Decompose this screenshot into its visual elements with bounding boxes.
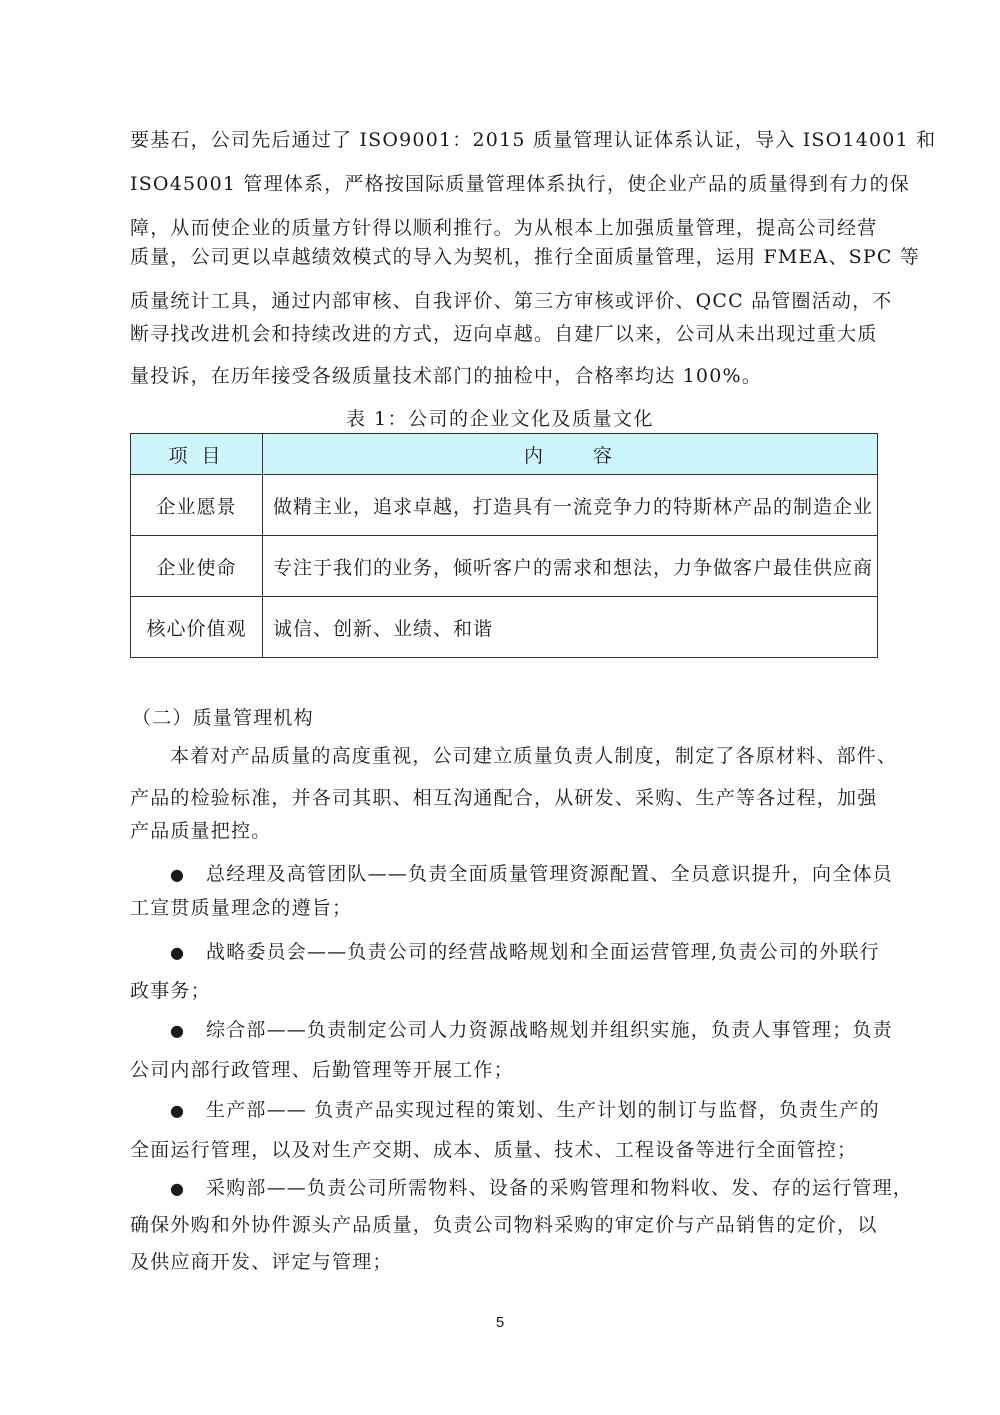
paragraph-line: 断寻找改进机会和持续改进的方式，迈向卓越。自建厂以来，公司从未出现过重大质 [130,322,878,346]
paragraph-line: 质量，公司更以卓越绩效模式的导入为契机，推行全面质量管理，运用 FMEA、SPC… [130,245,878,269]
list-item-text: 总经理及高管团队——负责全面质量管理资源配置、全员意识提升，向全体员 [206,863,893,885]
row-content: 专注于我们的业务，倾听客户的需求和想法，力争做客户最佳供应商 [263,536,878,597]
paragraph-line: 产品的检验标准，并各司其职、相互沟通配合，从研发、采购、生产等各过程，加强 [130,786,878,810]
list-item-continuation: 及供应商开发、评定与管理； [130,1250,878,1274]
list-item-text: 战略委员会——负责公司的经营战略规划和全面运营管理,负责公司的外联行 [206,941,880,963]
list-item: ●综合部——负责制定公司人力资源战略规划并组织实施，负责人事管理；负责 [170,1018,918,1043]
list-item-continuation: 全面运行管理，以及对生产交期、成本、质量、技术、工程设备等进行全面管控； [130,1138,878,1162]
table-row: 核心价值观 诚信、创新、业绩、和谐 [131,597,878,658]
list-item-continuation: 确保外购和外协件源头产品质量，负责公司物料采购的审定价与产品销售的定价，以 [130,1213,878,1237]
list-item: ●生产部—— 负责产品实现过程的策划、生产计划的制订与监督，负责生产的 [170,1098,918,1123]
paragraph-line: ISO45001 管理体系，严格按国际质量管理体系执行，使企业产品的质量得到有力… [130,172,878,196]
document-page: 要基石，公司先后通过了 ISO9001：2015 质量管理认证体系认证，导入 I… [0,0,1000,1415]
row-content: 做精主业，追求卓越，打造具有一流竞争力的特斯林产品的制造企业 [263,475,878,536]
paragraph-line: 质量统计工具，通过内部审核、自我评价、第三方审核或评价、QCC 品管圈活动，不 [130,289,878,313]
list-item-text: 生产部—— 负责产品实现过程的策划、生产计划的制订与监督，负责生产的 [206,1099,880,1121]
row-content: 诚信、创新、业绩、和谐 [263,597,878,658]
bullet-dot-icon: ● [170,863,206,887]
paragraph-line: 障，从而使企业的质量方针得以顺利推行。为从根本上加强质量管理，提高公司经营 [130,216,878,240]
bullet-dot-icon: ● [170,1099,206,1123]
list-item-text: 采购部——负责公司所需物料、设备的采购管理和物料收、发、存的运行管理， [206,1177,913,1199]
table-header-row: 项 目 内 容 [131,434,878,475]
bullet-dot-icon: ● [170,1019,206,1043]
list-item: ●总经理及高管团队——负责全面质量管理资源配置、全员意识提升，向全体员 [170,862,918,887]
paragraph-line: 本着对产品质量的高度重视，公司建立质量负责人制度，制定了各原材料、部件、 [170,744,918,768]
table-caption: 表 1：公司的企业文化及质量文化 [0,404,1000,431]
paragraph-line: 产品质量把控。 [130,819,878,843]
section-heading: （二）质量管理机构 [132,706,880,730]
paragraph-line: 要基石，公司先后通过了 ISO9001：2015 质量管理认证体系认证，导入 I… [130,128,878,152]
row-item: 企业愿景 [131,475,263,536]
row-item: 企业使命 [131,536,263,597]
culture-table: 项 目 内 容 企业愿景 做精主业，追求卓越，打造具有一流竞争力的特斯林产品的制… [130,433,878,658]
list-item: ●采购部——负责公司所需物料、设备的采购管理和物料收、发、存的运行管理， [170,1176,918,1201]
table-row: 企业愿景 做精主业，追求卓越，打造具有一流竞争力的特斯林产品的制造企业 [131,475,878,536]
list-item: ●战略委员会——负责公司的经营战略规划和全面运营管理,负责公司的外联行 [170,940,918,965]
list-item-continuation: 公司内部行政管理、后勤管理等开展工作； [130,1058,878,1082]
bullet-dot-icon: ● [170,1177,206,1201]
list-item-text: 综合部——负责制定公司人力资源战略规划并组织实施，负责人事管理；负责 [206,1019,893,1041]
list-item-continuation: 政事务； [130,979,878,1003]
page-number: 5 [0,1314,1000,1331]
paragraph-line: 量投诉，在历年接受各级质量技术部门的抽检中，合格率均达 100%。 [130,364,878,388]
column-header-item: 项 目 [131,434,263,475]
row-item: 核心价值观 [131,597,263,658]
column-header-content: 内 容 [263,434,878,475]
table-row: 企业使命 专注于我们的业务，倾听客户的需求和想法，力争做客户最佳供应商 [131,536,878,597]
bullet-dot-icon: ● [170,941,206,965]
list-item-continuation: 工宣贯质量理念的遵旨； [130,896,878,920]
